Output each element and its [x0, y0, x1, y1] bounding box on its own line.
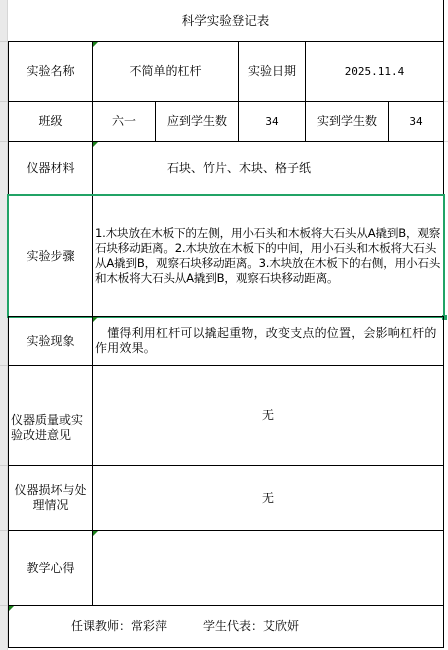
label-expected-students[interactable]: 应到学生数: [155, 101, 239, 142]
row-divider: [0, 465, 8, 466]
experiment-date-value[interactable]: 2025.11.4: [305, 41, 444, 102]
damage-value[interactable]: 无: [92, 465, 444, 531]
phenomenon-value[interactable]: 懂得利用杠杆可以撬起重物，改变支点的位置，会影响杠杆的作用效果。: [92, 316, 444, 366]
footer-signatures[interactable]: 任课教师：常彩萍 学生代表：艾欣妍: [8, 605, 444, 648]
row-header-strip[interactable]: [0, 0, 8, 650]
steps-value[interactable]: 1.木块放在木板下的左侧，用小石头和木板将大石头从A撬到B，观察石块移动距离。2…: [92, 195, 444, 317]
grid-line: [444, 141, 448, 142]
row-divider: [0, 530, 8, 531]
comment-indicator-icon: [93, 42, 98, 47]
label-phenomenon[interactable]: 实验现象: [8, 316, 93, 366]
label-experiment-date[interactable]: 实验日期: [238, 41, 306, 102]
row-divider: [0, 141, 8, 142]
label-experiment-name[interactable]: 实验名称: [8, 41, 93, 102]
row-divider: [0, 605, 8, 606]
comment-indicator-icon: [93, 142, 98, 147]
row-divider: [0, 41, 8, 42]
label-materials[interactable]: 仪器材料: [8, 141, 93, 196]
teacher-signature: 任课教师：常彩萍: [71, 619, 167, 634]
actual-students-value[interactable]: 34: [388, 101, 444, 142]
reflection-value[interactable]: [92, 530, 444, 606]
experiment-name-value[interactable]: 不简单的杠杆: [92, 41, 239, 102]
expected-students-value[interactable]: 34: [238, 101, 306, 142]
student-signature: 学生代表：艾欣妍: [203, 619, 299, 634]
sheet-title[interactable]: 科学实验登记表: [8, 0, 444, 42]
row-divider: [0, 365, 8, 366]
comment-indicator-icon: [9, 606, 14, 611]
label-class[interactable]: 班级: [8, 101, 93, 142]
suggestions-value[interactable]: 无: [92, 365, 444, 466]
label-damage[interactable]: 仪器损坏与处理情况: [8, 465, 93, 531]
grid-line: [444, 101, 448, 102]
row-divider: [0, 101, 8, 102]
label-actual-students[interactable]: 实到学生数: [305, 101, 389, 142]
label-suggestions[interactable]: 仪器质量或实验改进意见: [8, 365, 93, 466]
label-reflection[interactable]: 教学心得: [8, 530, 93, 606]
materials-value[interactable]: 石块、竹片、木块、格子纸: [92, 141, 444, 196]
class-value[interactable]: 六一: [92, 101, 156, 142]
label-steps[interactable]: 实验步骤: [8, 195, 93, 317]
